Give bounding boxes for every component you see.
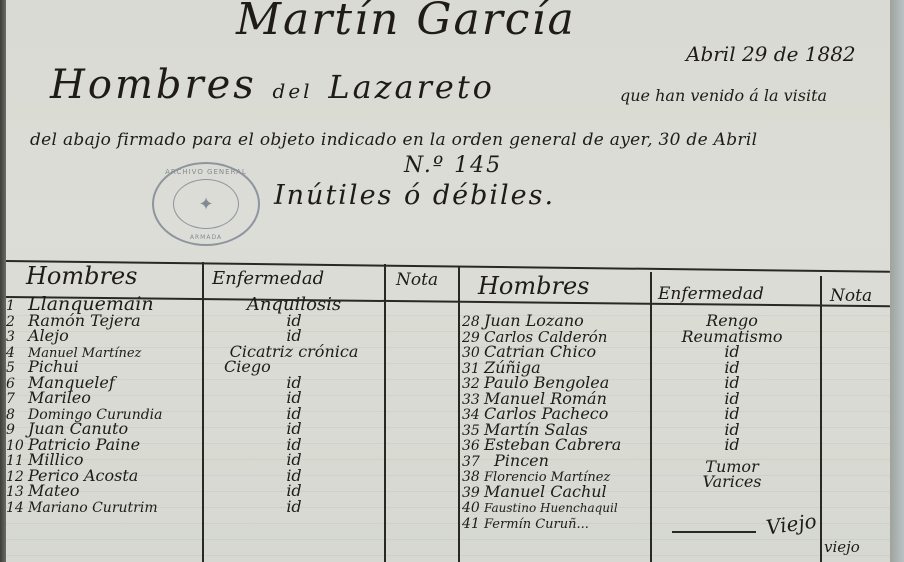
col-divider-5 [820,276,822,562]
row-name: Marileo [28,388,91,407]
row-name: Manuel Cachul [484,482,607,501]
disease-cell: id [204,499,384,515]
list-item: 37Pincen [462,453,650,469]
list-item: 41Fermín Curuñ... [462,515,650,531]
list-item: 28Juan Lozano [462,313,650,329]
left-names-list: 1Llanquemain 2Ramón Tejera 3Alejo 4Manue… [6,297,200,514]
col-divider-2 [384,264,386,562]
row-number: 41 [462,517,484,533]
left-diseases-list: Anquilosis id id Cicatriz crónica Ciego … [204,297,384,514]
header-nota-left: Nota [396,270,438,290]
heading-place: Lazareto [328,68,495,106]
stamp-bottom-text: ARMADA [154,234,258,241]
header-nota-right: Nota [830,286,872,306]
list-item: 13Mateo [6,483,200,499]
eagle-emblem-icon: ✦ [173,179,239,229]
row-name: Fermín Curuñ... [484,517,589,532]
document-page: Martín García Abril 29 de 1882 Hombres d… [6,0,890,562]
table-top-rule [6,260,890,273]
note-viejo: Viejo [765,509,818,540]
row-number: 14 [6,501,28,517]
header-enfermedad-left: Enfermedad [212,268,324,289]
document-body-line: del abajo firmado para el objeto indicad… [30,130,757,150]
heading-main: Hombres [50,62,257,108]
document-date: Abril 29 de 1882 [686,42,856,66]
page-right-edge [890,0,904,562]
right-diseases-list: Rengo Reumatismo id id id id id id id Tu… [652,313,812,490]
row-name: Mateo [28,481,79,500]
row-name: Alejo [28,326,69,345]
archive-stamp: ARCHIVO GENERAL ✦ ARMADA [152,162,260,246]
header-nombres-right: Hombres [478,272,590,300]
document-subtitle: Inútiles ó débiles. [274,180,555,211]
list-item: 7Marileo [6,390,200,406]
list-item: 14Mariano Curutrim [6,499,200,515]
document-heading: Hombres del Lazareto [50,62,495,108]
list-item: 3Alejo [6,328,200,344]
heading-continuation: que han venido á la visita [620,86,827,105]
list-item: 40Faustino Huenchaquil [462,499,650,515]
header-enfermedad-right: Enfermedad [658,284,764,304]
heading-mid: del [273,79,313,103]
note-viejo-small: viejo [824,538,860,556]
document-place-title: Martín García [236,0,576,45]
row-name: Mariano Curutrim [28,500,158,516]
stamp-top-text: ARCHIVO GENERAL [154,168,258,176]
list-item: 39Manuel Cachul [462,484,650,500]
disease-cell: id [652,437,812,453]
disease-dash-line [672,531,756,533]
disease-cell: Varices [652,474,812,490]
col-divider-3 [458,266,460,562]
right-names-list: 28Juan Lozano 29Carlos Calderón 30Catria… [462,313,650,530]
header-nombres-left: Hombres [26,262,138,290]
order-number: N.º 145 [404,153,502,178]
row-name: Pincen [484,451,549,470]
row-name: Faustino Huenchaquil [484,501,618,515]
